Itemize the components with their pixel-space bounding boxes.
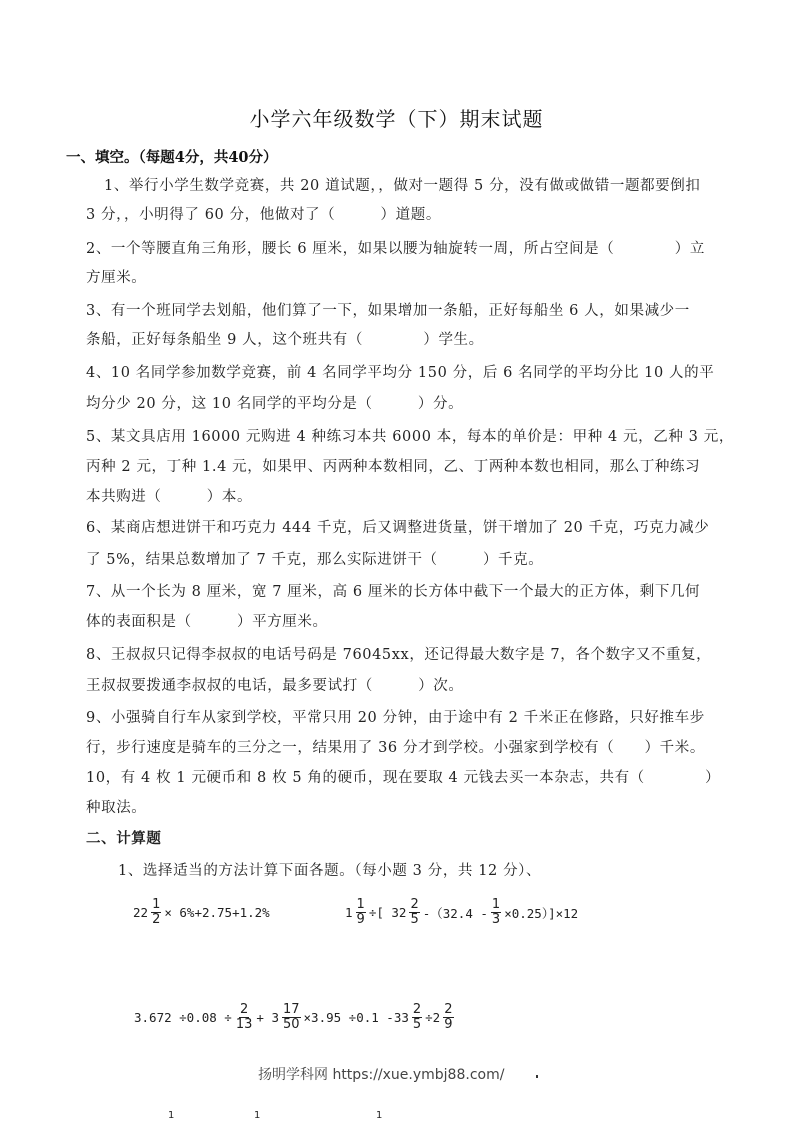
question-3-line-2: 条船，正好每条船坐 9 人，这个班共有（ ）学生。 [86,330,726,350]
expression-text: 3.672 ÷0.08 ÷ [134,1010,232,1025]
question-2-line-2: 方厘米。 [86,268,726,288]
heading-text: 分，共 [185,149,229,166]
fraction: 2 13 [235,1003,254,1032]
question-10-line-1: 10，有 4 枚 1 元硬币和 8 枚 5 角的硬币，现在要取 4 元钱去买一本… [86,768,726,788]
question-10-line-2: 种取法。 [86,798,726,818]
fraction: 2 5 [412,1003,422,1032]
fraction: 1 3 [491,898,501,927]
expression-1: 22 1 2 × 6%+2.75+1.2% [133,898,270,927]
calculation-instruction: 1、选择适当的方法计算下面各题。（每小题 3 分，共 12 分）、 [118,861,758,881]
question-4-line-1: 4、10 名同学参加数学竞赛，前 4 名同学平均分 150 分，后 6 名同学的… [86,363,726,383]
question-7-line-1: 7、从一个长为 8 厘米，宽 7 厘米，高 6 厘米的长方体中截下一个最大的正方… [86,582,726,602]
fraction: 17 50 [282,1003,301,1032]
fraction-denominator: 5 [409,913,419,927]
section-heading-fill-blank: 一、填空。（每题4分，共40分） [66,146,278,167]
fraction-numerator: 2 [443,1003,453,1018]
mixed-number-whole: 1 [345,905,353,920]
question-5-line-2: 丙种 2 元，丁种 1.4 元，如果甲、丙两种本数相同，乙、丁两种本数也相同，那… [86,457,726,477]
fraction-denominator: 9 [443,1018,453,1032]
expression-text: ×0.25）]×12 [504,904,578,922]
fraction: 2 9 [443,1003,453,1032]
question-1-line-1: 1、举行小学生数学竞赛，共 20 道试题，，做对一题得 5 分，没有做或做错一题… [104,176,744,196]
stray-digit: 1 [376,1110,382,1121]
fraction-denominator: 9 [356,913,366,927]
mixed-number-whole: 22 [133,905,148,920]
question-7-line-2: 体的表面积是（ ）平方厘米。 [86,612,726,632]
fraction-numerator: 1 [491,898,501,913]
expression-text: ÷2 [425,1010,440,1025]
question-4-line-2: 均分少 20 分，这 10 名同学的平均分是（ ）分。 [86,394,726,414]
expression-text: ×3.95 ÷0.1 -33 [304,1010,409,1025]
heading-points-total: 40 [228,149,248,166]
footer-watermark: 扬明学科网 https://xue.ymbj88.com/ [258,1064,504,1084]
fraction-numerator: 2 [409,898,419,913]
question-3-line-1: 3、有一个班同学去划船，他们算了一下，如果增加一条船，正好每船坐 6 人，如果减… [86,301,726,321]
fraction-denominator: 2 [151,913,161,927]
fraction: 1 9 [356,898,366,927]
heading-points-each: 4 [175,149,185,166]
fraction-numerator: 1 [151,898,161,913]
stray-digit: 1 [254,1110,260,1121]
fraction-denominator: 5 [412,1018,422,1032]
heading-text: 分） [249,149,278,166]
fraction-numerator: 2 [239,1003,249,1018]
fraction-numerator: 17 [282,1003,301,1018]
expression-text: -（32.4 - [423,904,488,922]
question-5-line-1: 5、某文具店用 16000 元购进 4 种练习本共 6000 本，每本的单价是：… [86,427,726,447]
fraction-denominator: 3 [491,913,501,927]
fraction: 1 2 [151,898,161,927]
expression-text: ÷[ 32 [369,905,407,920]
expression-3: 3.672 ÷0.08 ÷ 2 13 + 3 17 50 ×3.95 ÷0.1 … [134,1003,457,1032]
fraction-denominator: 13 [235,1018,254,1032]
page-title: 小学六年级数学（下）期末试题 [0,103,793,132]
heading-text: 一、填空。（每题 [66,149,175,166]
expression-text: × 6%+2.75+1.2% [164,905,269,920]
question-8-line-2: 王叔叔要拨通李叔叔的电话，最多要试打（ ）次。 [86,676,726,696]
fraction-numerator: 2 [412,1003,422,1018]
question-9-line-2: 行，步行速度是骑车的三分之一，结果用了 36 分才到学校。小强家到学校有（ ）千… [86,738,726,758]
footer-dot [536,1075,538,1078]
expression-text: + 3 [256,1010,279,1025]
question-5-line-3: 本共购进（ ）本。 [86,487,726,507]
question-8-line-1: 8、王叔叔只记得李叔叔的电话号码是 76045xx，还记得最大数字是 7，各个数… [86,645,726,665]
fraction-numerator: 1 [356,898,366,913]
question-2-line-1: 2、一个等腰直角三角形，腰长 6 厘米，如果以腰为轴旋转一周，所占空间是（ ）立 [86,239,726,259]
question-6-line-1: 6、某商店想进饼干和巧克力 444 千克，后又调整进货量，饼干增加了 20 千克… [86,518,726,538]
stray-digit: 1 [168,1110,174,1121]
question-6-line-2: 了 5%，结果总数增加了 7 千克，那么实际进饼干（ ）千克。 [86,550,726,570]
fraction: 2 5 [409,898,419,927]
fraction-denominator: 50 [282,1018,301,1032]
question-9-line-1: 9、小强骑自行车从家到学校，平常只用 20 分钟，由于途中有 2 千米正在修路，… [86,708,726,728]
section-heading-calculation: 二、计算题 [86,829,726,849]
question-1-line-2: 3 分，，小明得了 60 分，他做对了（ ）道题。 [86,205,726,225]
expression-2: 1 1 9 ÷[ 32 2 5 -（32.4 - 1 3 ×0.25）]×12 [345,898,578,927]
